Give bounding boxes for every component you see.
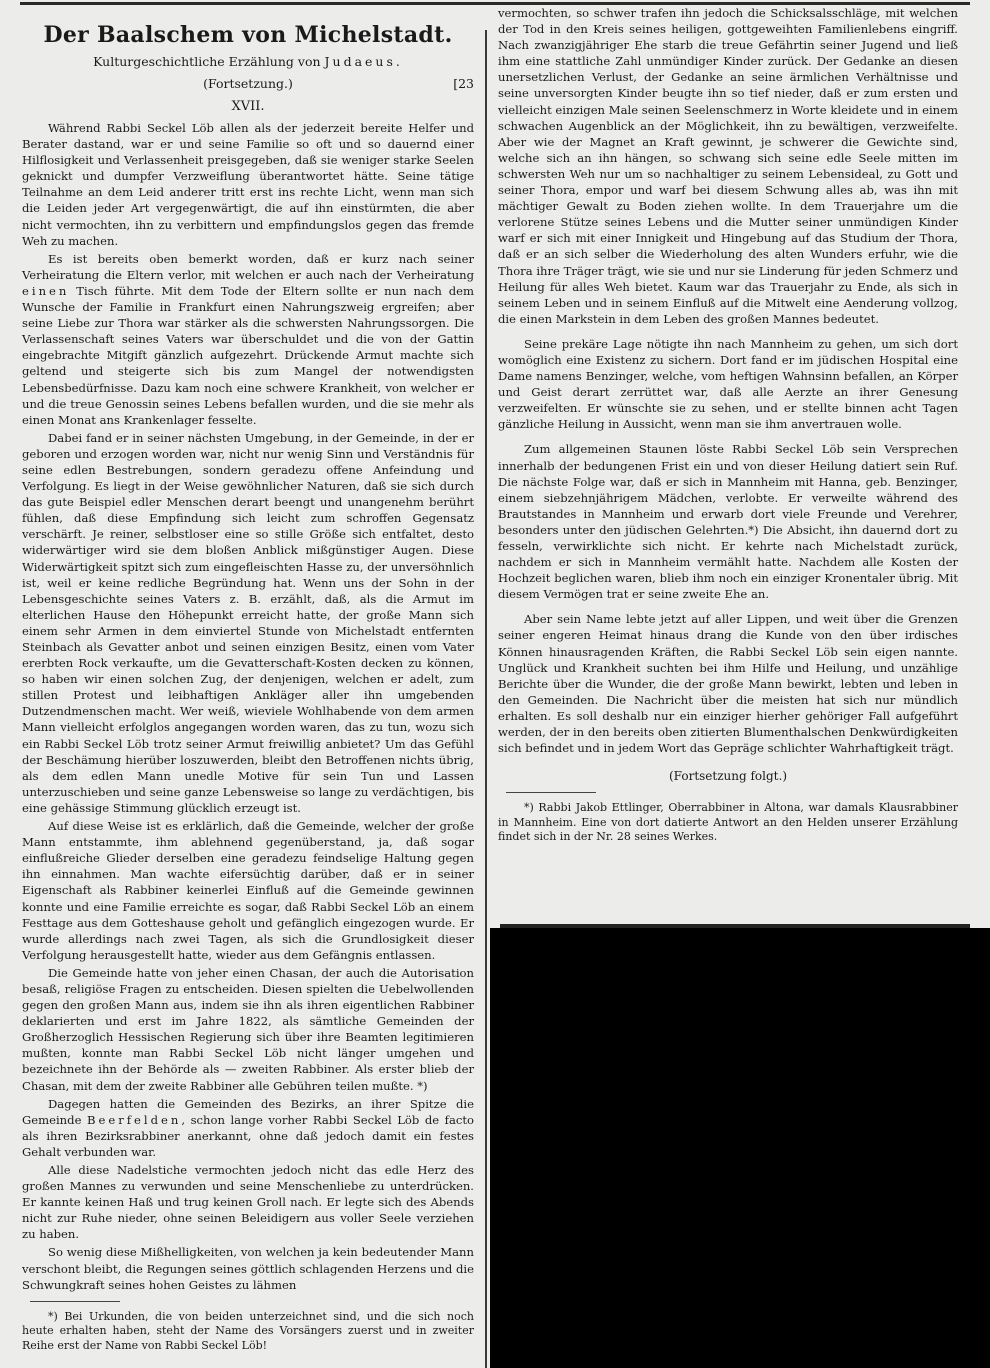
paragraph: Auf diese Weise ist es erklärlich, daß d… bbox=[22, 818, 474, 963]
paragraph: vermochten, so schwer trafen ihn jedoch … bbox=[498, 5, 958, 327]
author-name: Judaeus. bbox=[325, 54, 403, 69]
paragraph: Es ist bereits oben bemerkt worden, daß … bbox=[22, 251, 474, 428]
footnote: *) Bei Urkunden, die von beiden unterzei… bbox=[22, 1310, 474, 1354]
issue-number: [23 bbox=[453, 72, 474, 96]
article-subtitle: Kulturgeschichtliche Erzählung von Judae… bbox=[22, 52, 474, 72]
paragraph: Zum allgemeinen Staunen löste Rabbi Seck… bbox=[498, 441, 958, 602]
article-end-rule bbox=[500, 924, 970, 928]
emphasized-word: einen bbox=[22, 284, 69, 298]
left-column: Der Baalschem von Michelstadt. Kulturges… bbox=[22, 14, 474, 1355]
article-title: Der Baalschem von Michelstadt. bbox=[22, 20, 474, 50]
continued-next-label: (Fortsetzung folgt.) bbox=[498, 768, 958, 784]
paragraph: Aber sein Name lebte jetzt auf aller Lip… bbox=[498, 611, 958, 756]
chapter-heading: XVII. bbox=[22, 96, 474, 118]
paragraph: Die Gemeinde hatte von jeher einen Chasa… bbox=[22, 965, 474, 1094]
paragraph: Dagegen hatten die Gemeinden des Bezirks… bbox=[22, 1096, 474, 1160]
paragraph: So wenig diese Mißhelligkeiten, von welc… bbox=[22, 1244, 474, 1292]
column-divider bbox=[485, 30, 487, 1368]
footnote: *) Rabbi Jakob Ettlinger, Oberrabbiner i… bbox=[498, 801, 958, 845]
paragraph: Alle diese Nadelstiche vermochten jedoch… bbox=[22, 1162, 474, 1242]
subtitle-text: Kulturgeschichtliche Erzählung von bbox=[93, 54, 320, 69]
continuation-row: (Fortsetzung.) [23 bbox=[22, 72, 474, 96]
paragraph: Während Rabbi Seckel Löb allen als der j… bbox=[22, 120, 474, 249]
paragraph: Seine prekäre Lage nötigte ihn nach Mann… bbox=[498, 336, 958, 433]
paragraph: Dabei fand er in seiner nächsten Umgebun… bbox=[22, 430, 474, 816]
right-column: vermochten, so schwer trafen ihn jedoch … bbox=[498, 5, 958, 847]
emphasized-word: Beerfelden bbox=[87, 1113, 181, 1127]
footnote-divider bbox=[506, 792, 596, 793]
footnote-divider bbox=[30, 1301, 120, 1302]
continued-label: (Fortsetzung.) bbox=[203, 76, 293, 91]
